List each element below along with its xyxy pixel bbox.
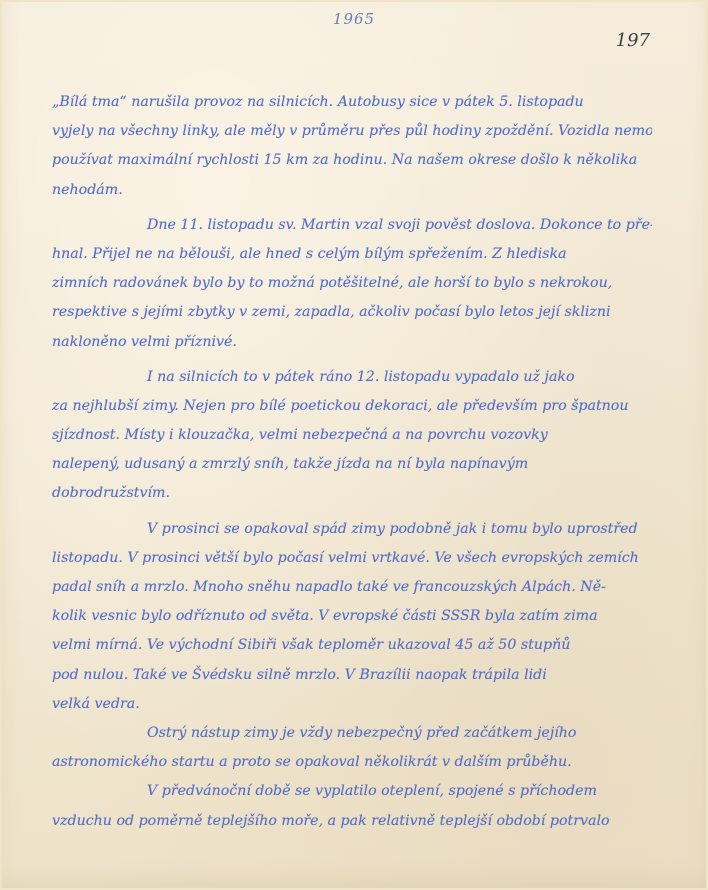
- text-line: velmi mírná. Ve východní Sibiři však tep…: [52, 631, 652, 660]
- text-line: nakloněno velmi příznivé.: [52, 328, 652, 357]
- scanned-chronicle-page: 1965 197 „Bílá tma“ narušila provoz na s…: [0, 0, 708, 890]
- text-line: dobrodružstvím.: [52, 479, 652, 508]
- text-line: vzduchu od poměrně teplejšího moře, a pa…: [52, 807, 652, 836]
- year-heading: 1965: [0, 10, 708, 28]
- text-line: Ostrý nástup zimy je vždy nebezpečný pře…: [52, 719, 652, 748]
- page-number: 197: [616, 30, 650, 51]
- text-line: nalepený, udusaný a zmrzlý sníh, takže j…: [52, 450, 652, 479]
- paragraph: Dne 11. listopadu sv. Martin vzal svoji …: [52, 211, 652, 357]
- text-line: zimních radovánek bylo by to možná potěš…: [52, 269, 652, 298]
- paragraph: V prosinci se opakoval spád zimy podobně…: [52, 515, 652, 719]
- paragraph: I na silnicích to v pátek ráno 12. listo…: [52, 363, 652, 509]
- paragraph: Ostrý nástup zimy je vždy nebezpečný pře…: [52, 719, 652, 777]
- text-line: kolik vesnic bylo odříznuto od světa. V …: [52, 602, 652, 631]
- text-line: listopadu. V prosinci větší bylo počasí …: [52, 544, 652, 573]
- text-line: pod nulou. Také ve Švédsku silně mrzlo. …: [52, 661, 652, 690]
- text-line: V předvánoční době se vyplatilo oteplení…: [52, 777, 652, 806]
- text-line: I na silnicích to v pátek ráno 12. listo…: [52, 363, 652, 392]
- text-line: hnal. Přijel ne na bělouši, ale hned s c…: [52, 240, 652, 269]
- paragraph: „Bílá tma“ narušila provoz na silnicích.…: [52, 88, 652, 205]
- handwritten-body: „Bílá tma“ narušila provoz na silnicích.…: [52, 88, 652, 836]
- text-line: sjízdnost. Místy i klouzačka, velmi nebe…: [52, 421, 652, 450]
- paragraph: V předvánoční době se vyplatilo oteplení…: [52, 777, 652, 835]
- text-line: nehodám.: [52, 176, 652, 205]
- text-line: astronomického startu a proto se opakova…: [52, 748, 652, 777]
- text-line: za nejhlubší zimy. Nejen pro bílé poetic…: [52, 392, 652, 421]
- text-line: velká vedra.: [52, 690, 652, 719]
- text-line: V prosinci se opakoval spád zimy podobně…: [52, 515, 652, 544]
- text-line: vyjely na všechny linky, ale měly v prům…: [52, 117, 652, 146]
- text-line: používat maximální rychlosti 15 km za ho…: [52, 146, 652, 175]
- text-line: respektive s jejími zbytky v zemi, zapad…: [52, 298, 652, 327]
- text-line: „Bílá tma“ narušila provoz na silnicích.…: [52, 88, 652, 117]
- text-line: padal sníh a mrzlo. Mnoho sněhu napadlo …: [52, 573, 652, 602]
- text-line: Dne 11. listopadu sv. Martin vzal svoji …: [52, 211, 652, 240]
